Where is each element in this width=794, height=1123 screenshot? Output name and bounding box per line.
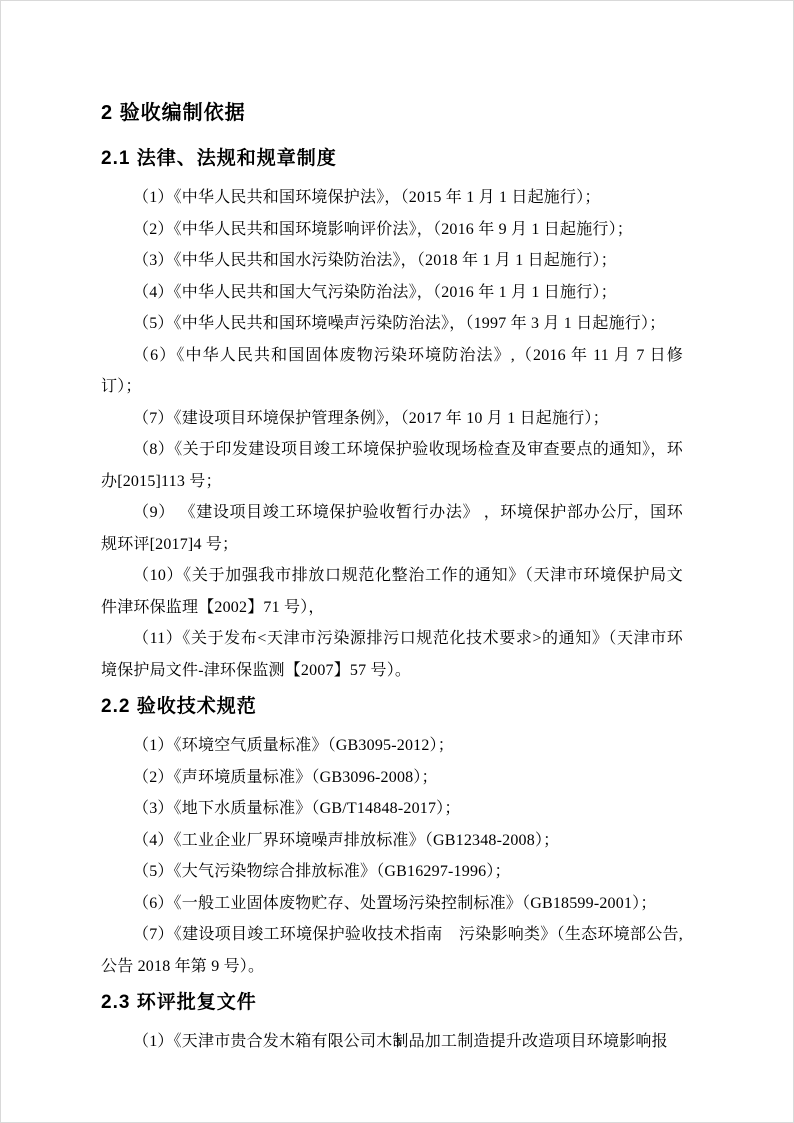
s22-item-6: （6）《一般工业固体废物贮存、处置场污染控制标准》（GB18599-2001）；: [101, 888, 683, 920]
s22-item-2: （2）《声环境质量标准》（GB3096-2008）；: [101, 762, 683, 794]
chapter-heading: 2 验收编制依据: [101, 98, 683, 128]
section-2-2-items: （1）《环境空气质量标准》（GB3095-2012）； （2）《声环境质量标准》…: [101, 730, 683, 982]
s21-item-11: （11）《关于发布<天津市污染源排污口规范化技术要求>的通知》（天津市环境保护局…: [101, 623, 683, 686]
section-2-1-items: （1）《中华人民共和国环境保护法》，（2015 年 1 月 1 日起施行）； （…: [101, 182, 683, 686]
s21-item-2: （2）《中华人民共和国环境影响评价法》，（2016 年 9 月 1 日起施行）；: [101, 214, 683, 246]
s22-item-3: （3）《地下水质量标准》（GB/T14848-2017）；: [101, 793, 683, 825]
s22-item-1: （1）《环境空气质量标准》（GB3095-2012）；: [101, 730, 683, 762]
s21-item-8: （8）《关于印发建设项目竣工环境保护验收现场检查及审查要点的通知》，环办[201…: [101, 434, 683, 497]
s22-item-5: （5）《大气污染物综合排放标准》（GB16297-1996）；: [101, 856, 683, 888]
s21-item-5: （5）《中华人民共和国环境噪声污染防治法》，（1997 年 3 月 1 日起施行…: [101, 308, 683, 340]
section-heading-2-2: 2.2 验收技术规范: [101, 692, 683, 722]
s21-item-10: （10）《关于加强我市排放口规范化整治工作的通知》（天津市环境保护局文件津环保监…: [101, 560, 683, 623]
section-heading-2-1: 2.1 法律、法规和规章制度: [101, 144, 683, 174]
page-content: 2 验收编制依据 2.1 法律、法规和规章制度 （1）《中华人民共和国环境保护法…: [101, 98, 683, 1058]
s22-item-4: （4）《工业企业厂界环境噪声排放标准》（GB12348-2008）；: [101, 825, 683, 857]
s22-item-7: （7）《建设项目竣工环境保护验收技术指南 污染影响类》（生态环境部公告,公告 2…: [101, 919, 683, 982]
s21-item-1: （1）《中华人民共和国环境保护法》，（2015 年 1 月 1 日起施行）；: [101, 182, 683, 214]
page-number: 3: [1, 1033, 793, 1053]
s21-item-7: （7）《建设项目环境保护管理条例》，（2017 年 10 月 1 日起施行）；: [101, 403, 683, 435]
s21-item-3: （3）《中华人民共和国水污染防治法》，（2018 年 1 月 1 日起施行）；: [101, 245, 683, 277]
document-page: 2 验收编制依据 2.1 法律、法规和规章制度 （1）《中华人民共和国环境保护法…: [0, 0, 794, 1123]
s21-item-6: （6）《中华人民共和国固体废物污染环境防治法》,（2016 年 11 月 7 日…: [101, 340, 683, 403]
s21-item-4: （4）《中华人民共和国大气污染防治法》，（2016 年 1 月 1 日施行）；: [101, 277, 683, 309]
s21-item-9: （9） 《建设项目竣工环境保护验收暂行办法》 ，环境保护部办公厅，国环规环评[2…: [101, 497, 683, 560]
section-heading-2-3: 2.3 环评批复文件: [101, 988, 683, 1018]
